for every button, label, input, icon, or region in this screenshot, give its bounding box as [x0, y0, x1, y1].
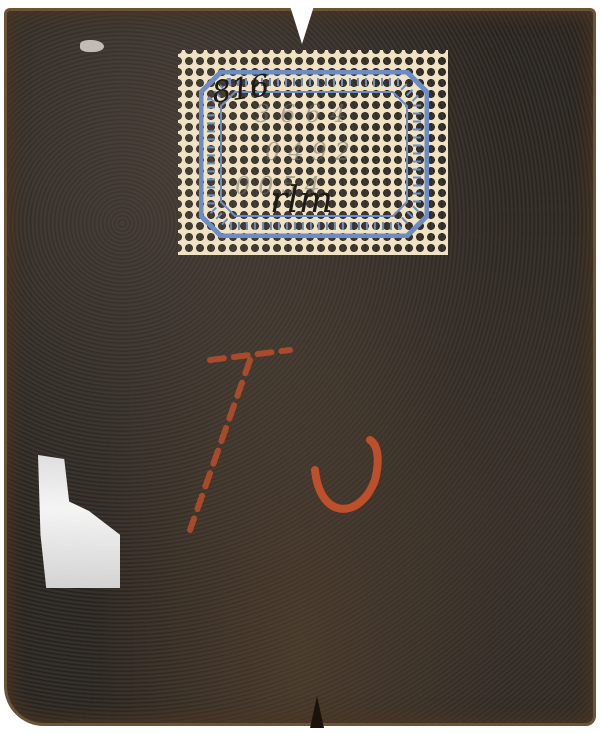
bottom-notch: [310, 696, 324, 728]
initials: rlm: [270, 180, 333, 221]
faded-number-2: 0492: [265, 138, 358, 166]
faded-number-1: 3664: [255, 100, 356, 128]
painted-number-mark: [170, 330, 430, 570]
worn-spot: [80, 40, 104, 52]
top-notch: [290, 6, 314, 44]
